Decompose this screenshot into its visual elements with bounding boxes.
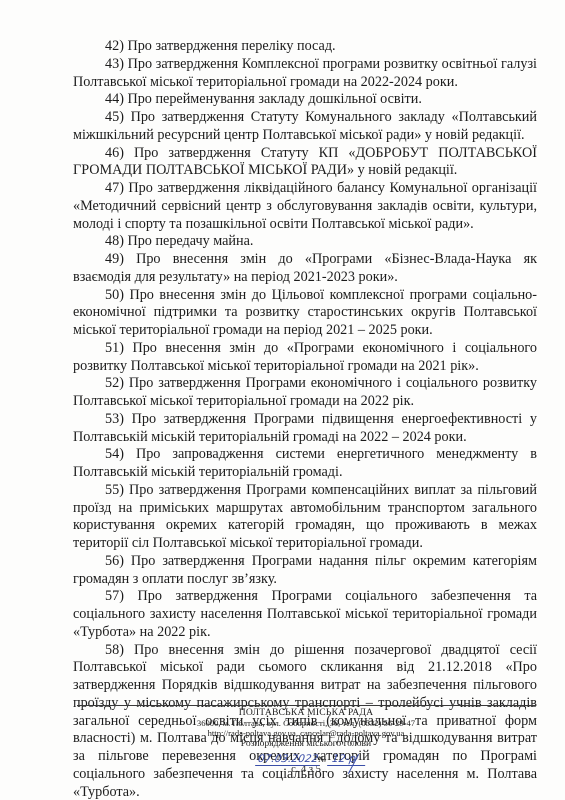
agenda-item-51: 51) Про внесення змін до «Програми еконо… xyxy=(73,340,537,376)
agenda-item-55: 55) Про затвердження Програми компенсаці… xyxy=(73,482,537,553)
document-body: 42) Про затвердження переліку посад. 43)… xyxy=(73,38,537,800)
agenda-item-44: 44) Про перейменування закладу дошкільно… xyxy=(73,91,537,109)
agenda-item-47: 47) Про затвердження ліквідаційного бала… xyxy=(73,180,537,233)
handwritten-date: 07.03.2022 xyxy=(255,753,321,766)
agenda-item-50: 50) Про внесення змін до Цільової компле… xyxy=(73,287,537,340)
agenda-item-54: 54) Про запровадження системи енергетичн… xyxy=(73,446,537,482)
footer-organization: ПОЛТАВСЬКА МІСЬКА РАДА xyxy=(77,708,535,718)
agenda-item-53: 53) Про затвердження Програми підвищення… xyxy=(73,411,537,447)
agenda-item-56: 56) Про затвердження Програми надання пі… xyxy=(73,553,537,589)
agenda-item-45: 45) Про затвердження Статуту Комунальног… xyxy=(73,109,537,145)
footer-order-title: Розпорядження міського голови xyxy=(77,739,535,749)
page-footer: ПОЛТАВСЬКА МІСЬКА РАДА 36000, м. Полтава… xyxy=(77,705,535,776)
handwritten-number: 12-р xyxy=(327,753,367,766)
footer-address: 36000, м. Полтава, вул. Соборності, 36, … xyxy=(77,718,535,728)
agenda-item-52: 52) Про затвердження Програми економічно… xyxy=(73,375,537,411)
agenda-item-49: 49) Про внесення змін до «Програми «Бізн… xyxy=(73,251,537,287)
footer-divider xyxy=(77,705,535,706)
agenda-item-57: 57) Про затвердження Програми соціальног… xyxy=(73,588,537,641)
agenda-item-48: 48) Про передачу майна. xyxy=(73,233,537,251)
agenda-item-42: 42) Про затвердження переліку посад. xyxy=(73,38,537,56)
agenda-item-46: 46) Про затвердження Статуту КП «ДОБРОБУ… xyxy=(73,145,537,181)
agenda-item-43: 43) Про затвердження Комплексної програм… xyxy=(73,56,537,92)
registration-stamp: 07.03.2022№12-р xyxy=(87,749,535,762)
